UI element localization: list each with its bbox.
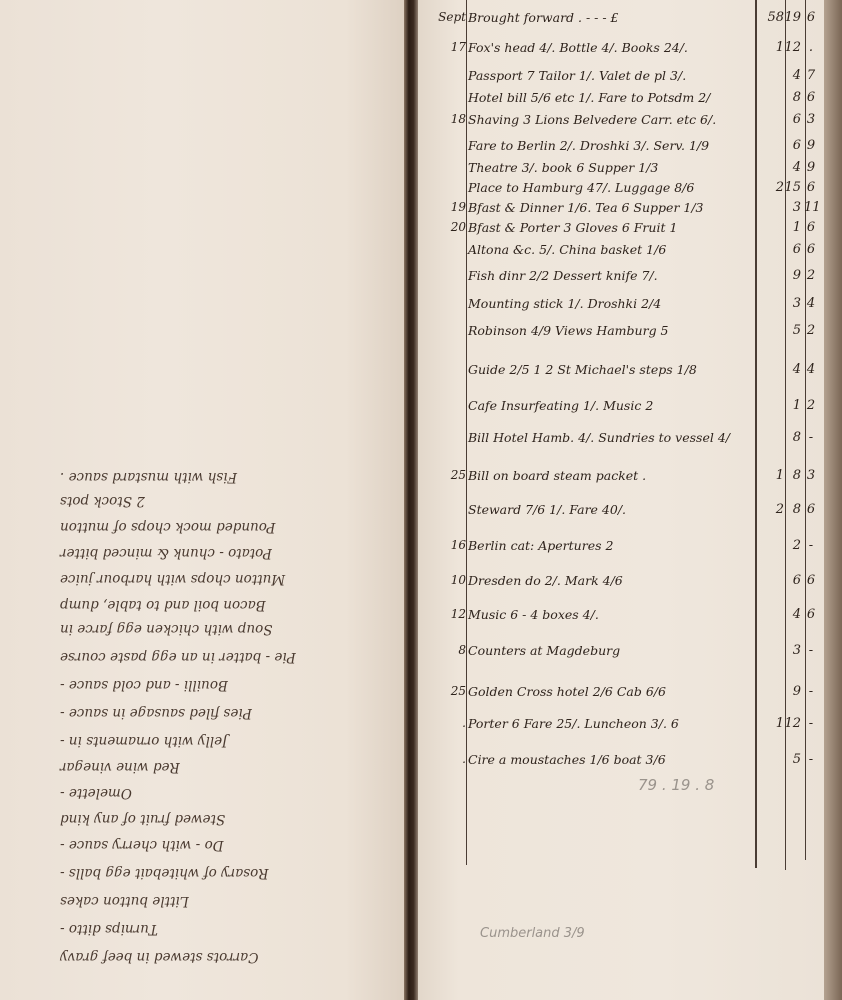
entry-pence: 7 — [804, 68, 818, 83]
entry-pence: 2 — [804, 268, 818, 283]
month-label: Sept — [426, 10, 466, 24]
ledger-row: Passport 7 Tailor 1/. Valet de pl 3/.47 — [418, 68, 824, 88]
entry-pence: - — [804, 752, 818, 767]
entry-shillings: 8 — [768, 430, 801, 445]
entry-description: Porter 6 Fare 25/. Luncheon 3/. 6 — [468, 716, 679, 731]
note-line: Pounded mock chops of mutton — [60, 519, 275, 535]
entry-shillings: 2 — [768, 538, 801, 553]
entry-shillings: 4 — [768, 362, 801, 377]
entry-shillings: 8 — [768, 90, 801, 105]
note-line: Omelette - — [60, 785, 132, 801]
entry-description: Bfast & Porter 3 Gloves 6 Fruit 1 — [468, 220, 677, 235]
entry-date: 16 — [426, 538, 466, 552]
note-line: Bacon boil and to table, dump — [60, 597, 266, 613]
ledger-row: Hotel bill 5/6 etc 1/. Fare to Potsdm 2/… — [418, 90, 824, 110]
entry-shillings: 4 — [768, 607, 801, 622]
entry-description: Altona &c. 5/. China basket 1/6 — [468, 242, 666, 257]
ledger-row: Cafe Insurfeating 1/. Music 212 — [418, 398, 824, 418]
book-right-edge — [824, 0, 842, 1000]
entry-date: 8 — [426, 643, 466, 657]
ledger-row: 10Dresden do 2/. Mark 4/666 — [418, 573, 824, 593]
ledger-row: 25Bill on board steam packet .183 — [418, 468, 824, 488]
entry-description: Cire a moustaches 1/6 boat 3/6 — [468, 752, 666, 767]
entry-description: Berlin cat: Apertures 2 — [468, 538, 613, 553]
entry-description: Guide 2/5 1 2 St Michael's steps 1/8 — [468, 362, 697, 377]
entry-description: Mounting stick 1/. Droshki 2/4 — [468, 296, 661, 311]
entry-pence: . — [804, 40, 818, 55]
entry-pence: 2 — [804, 323, 818, 338]
entry-shillings: 12 — [768, 716, 801, 731]
note-line: Little button cakes — [60, 893, 189, 909]
entry-shillings: 5 — [768, 323, 801, 338]
ledger-row: 18Shaving 3 Lions Belvedere Carr. etc 6/… — [418, 112, 824, 132]
entry-description: Music 6 - 4 boxes 4/. — [468, 607, 599, 622]
entry-shillings: 6 — [768, 112, 801, 127]
ledger-row: .Porter 6 Fare 25/. Luncheon 3/. 6112- — [418, 716, 824, 736]
ledger-spread: Carrots stewed in beef gravy Turnips dit… — [0, 0, 842, 1000]
entry-pence: - — [804, 538, 818, 553]
note-line: 2 Stock pots — [60, 493, 145, 509]
ledger-row: Theatre 3/. book 6 Supper 1/349 — [418, 160, 824, 180]
note-line: Pies filed sausage in sauce - — [60, 705, 252, 721]
ledger-row: 19Bfast & Dinner 1/6. Tea 6 Supper 1/331… — [418, 200, 824, 220]
entry-shillings: 3 — [768, 643, 801, 658]
entry-description: Bfast & Dinner 1/6. Tea 6 Supper 1/3 — [468, 200, 704, 215]
ledger-row: Robinson 4/9 Views Hamburg 552 — [418, 323, 824, 343]
entry-pence: 11 — [804, 200, 818, 215]
pence-value: 6 — [804, 10, 818, 25]
entry-shillings: 6 — [768, 573, 801, 588]
entry-pence: 6 — [804, 220, 818, 235]
ledger-row: 16Berlin cat: Apertures 22- — [418, 538, 824, 558]
entry-date: 18 — [426, 112, 466, 126]
entry-shillings: 4 — [768, 68, 801, 83]
entry-date: 10 — [426, 573, 466, 587]
ledger-row: Place to Hamburg 47/. Luggage 8/62156 — [418, 180, 824, 200]
ledger-row: Bill Hotel Hamb. 4/. Sundries to vessel … — [418, 430, 824, 450]
entry-pence: 6 — [804, 242, 818, 257]
entry-date: 17 — [426, 40, 466, 54]
entry-pence: - — [804, 684, 818, 699]
ledger-row: Guide 2/5 1 2 St Michael's steps 1/844 — [418, 362, 824, 382]
entry-pence: 6 — [804, 607, 818, 622]
entry-description: Dresden do 2/. Mark 4/6 — [468, 573, 623, 588]
entry-description: Bill on board steam packet . — [468, 468, 646, 483]
entry-shillings: 1 — [768, 398, 801, 413]
note-line: Mutton chops with harbour juice — [60, 571, 285, 587]
entry-description: Passport 7 Tailor 1/. Valet de pl 3/. — [468, 68, 686, 83]
note-line: Bouilli - and cold sauce - — [60, 677, 228, 693]
note-line: Do - with cherry sauce - — [60, 837, 224, 853]
entry-shillings: 3 — [768, 296, 801, 311]
brought-forward-row: Sept Brought forward . - - - £ 58 19 6 — [418, 10, 824, 30]
entry-date: 19 — [426, 200, 466, 214]
entry-shillings: 15 — [768, 180, 801, 195]
entry-date: 20 — [426, 220, 466, 234]
ledger-row: 20Bfast & Porter 3 Gloves 6 Fruit 116 — [418, 220, 824, 240]
entry-shillings: 8 — [768, 502, 801, 517]
entry-description: Fish dinr 2/2 Dessert knife 7/. — [468, 268, 658, 283]
entry-pence: - — [804, 430, 818, 445]
note-line: Soup with chicken egg farce in — [60, 621, 273, 637]
entry-description: Cafe Insurfeating 1/. Music 2 — [468, 398, 653, 413]
ledger-row: .Cire a moustaches 1/6 boat 3/65- — [418, 752, 824, 772]
entry-description: Golden Cross hotel 2/6 Cab 6/6 — [468, 684, 666, 699]
entry-date: . — [426, 716, 466, 730]
note-line: Rosary of whitebait egg balls - — [60, 865, 268, 881]
entry-date: 25 — [426, 468, 466, 482]
entry-shillings: 5 — [768, 752, 801, 767]
entry-description: Fare to Berlin 2/. Droshki 3/. Serv. 1/9 — [468, 138, 709, 153]
entry-shillings: 3 — [768, 200, 801, 215]
entry-pence: 3 — [804, 112, 818, 127]
entry-description: Hotel bill 5/6 etc 1/. Fare to Potsdm 2/ — [468, 90, 710, 105]
entry-shillings: 6 — [768, 138, 801, 153]
note-line: Jelly with ornaments in - — [60, 733, 228, 749]
pencil-footer-note: Cumberland 3/9 — [480, 926, 585, 941]
entry-shillings: 9 — [768, 684, 801, 699]
entry-date: 25 — [426, 684, 466, 698]
pencil-total: 79 . 19 . 8 — [638, 776, 714, 794]
ledger-row: 12Music 6 - 4 boxes 4/.46 — [418, 607, 824, 627]
brought-forward-label: Brought forward . - - - £ — [468, 10, 619, 25]
note-line: Stewed fruit of any kind — [60, 811, 225, 827]
ledger-row: Fare to Berlin 2/. Droshki 3/. Serv. 1/9… — [418, 138, 824, 158]
entry-shillings: 1 — [768, 220, 801, 235]
ledger-row: 17Fox's head 4/. Bottle 4/. Books 24/.11… — [418, 40, 824, 60]
ledger-row: Fish dinr 2/2 Dessert knife 7/.92 — [418, 268, 824, 288]
ledger-row: Altona &c. 5/. China basket 1/666 — [418, 242, 824, 262]
entry-date: 12 — [426, 607, 466, 621]
entry-pence: 4 — [804, 296, 818, 311]
entry-pence: 9 — [804, 138, 818, 153]
entry-pence: - — [804, 643, 818, 658]
entry-pence: - — [804, 716, 818, 731]
entry-shillings: 8 — [768, 468, 801, 483]
entry-description: Robinson 4/9 Views Hamburg 5 — [468, 323, 669, 338]
entry-description: Fox's head 4/. Bottle 4/. Books 24/. — [468, 40, 688, 55]
entry-pence: 6 — [804, 90, 818, 105]
entry-shillings: 12 — [768, 40, 801, 55]
note-line: Fish with mustard sauce . — [60, 469, 237, 485]
note-line: Potato - chunk & minced bitter — [60, 545, 272, 561]
note-line: Red wine vinegar — [60, 759, 180, 775]
entry-description: Place to Hamburg 47/. Luggage 8/6 — [468, 180, 694, 195]
entry-date: . — [426, 752, 466, 766]
ledger-row: 8Counters at Magdeburg3- — [418, 643, 824, 663]
entry-description: Counters at Magdeburg — [468, 643, 620, 658]
upside-down-recipe-notes: Carrots stewed in beef gravy Turnips dit… — [60, 425, 400, 965]
ledger-row: Steward 7/6 1/. Fare 40/.286 — [418, 502, 824, 522]
entry-pence: 2 — [804, 398, 818, 413]
entry-description: Bill Hotel Hamb. 4/. Sundries to vessel … — [468, 430, 730, 445]
entry-pence: 3 — [804, 468, 818, 483]
entry-pence: 6 — [804, 573, 818, 588]
shillings-value: 19 — [768, 10, 801, 25]
note-line: Turnips ditto - — [60, 921, 158, 937]
entry-description: Steward 7/6 1/. Fare 40/. — [468, 502, 626, 517]
ledger-row: 25Golden Cross hotel 2/6 Cab 6/69- — [418, 684, 824, 704]
ledger-row: Mounting stick 1/. Droshki 2/434 — [418, 296, 824, 316]
entry-shillings: 4 — [768, 160, 801, 175]
entry-shillings: 9 — [768, 268, 801, 283]
entry-description: Theatre 3/. book 6 Supper 1/3 — [468, 160, 658, 175]
entry-pence: 6 — [804, 502, 818, 517]
entry-pence: 6 — [804, 180, 818, 195]
note-line: Carrots stewed in beef gravy — [60, 949, 259, 965]
note-line: Pie - batter in an egg paste course — [60, 649, 296, 665]
entry-shillings: 6 — [768, 242, 801, 257]
entry-pence: 9 — [804, 160, 818, 175]
entry-description: Shaving 3 Lions Belvedere Carr. etc 6/. — [468, 112, 716, 127]
entry-pence: 4 — [804, 362, 818, 377]
